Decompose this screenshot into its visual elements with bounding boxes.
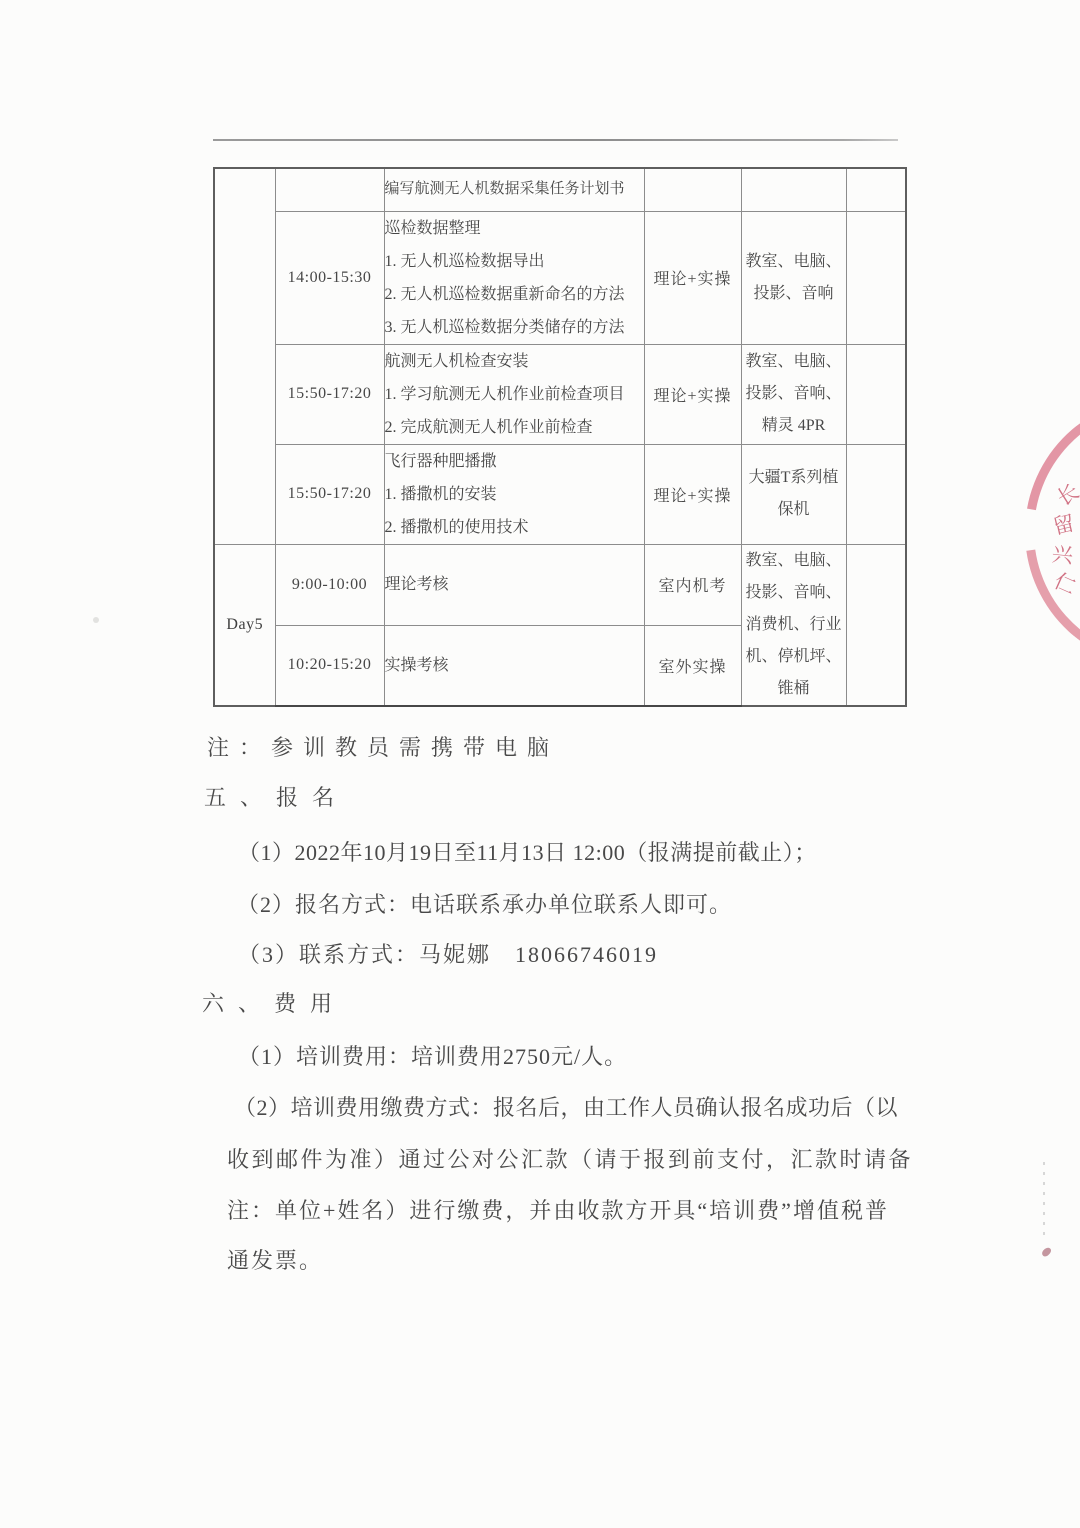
content-title: 实操考核 (385, 649, 644, 682)
equipment-cell: 教室、电脑、投影、音响、消费机、行业机、停机坪、锥桶 (741, 544, 846, 706)
seal-character: 长 (1051, 476, 1080, 513)
content-item: 3. 无人机巡检数据分类储存的方法 (385, 311, 644, 344)
extra-cell (846, 211, 906, 344)
table-row: 编写航测无人机数据采集任务计划书 (214, 168, 906, 211)
content-title: 飞行器种肥播撒 (385, 445, 644, 478)
content-title: 理论考核 (385, 568, 644, 601)
day-cell-day5: Day5 (214, 544, 275, 706)
time-cell: 15:50-17:20 (275, 344, 384, 444)
content-cell: 巡检数据整理 1. 无人机巡检数据导出 2. 无人机巡检数据重新命名的方法 3.… (384, 211, 644, 344)
scan-artifact-dotted-line (1043, 1162, 1045, 1236)
content-item: 1. 无人机巡检数据导出 (385, 245, 644, 278)
content-title: 航测无人机检查安装 (385, 345, 644, 378)
content-item: 1. 播撒机的安装 (385, 478, 644, 511)
section6-item-2-line-4: 通发票。 (227, 1246, 323, 1276)
content-title: 巡检数据整理 (385, 212, 644, 245)
content-cell: 实操考核 (384, 626, 644, 706)
extra-cell (846, 444, 906, 544)
time-cell: 15:50-17:20 (275, 444, 384, 544)
time-cell: 14:00-15:30 (275, 211, 384, 344)
type-cell: 理论+实操 (644, 444, 741, 544)
content-item: 2. 无人机巡检数据重新命名的方法 (385, 278, 644, 311)
table-row: Day5 9:00-10:00 理论考核 室内机考 教室、电脑、投影、音响、消费… (214, 544, 906, 626)
extra-cell (846, 168, 906, 211)
section6-heading: 六、费用 (202, 989, 346, 1019)
table-row: 14:00-15:30 巡检数据整理 1. 无人机巡检数据导出 2. 无人机巡检… (214, 211, 906, 344)
time-cell (275, 168, 384, 211)
time-cell: 10:20-15:20 (275, 626, 384, 706)
table-row: 15:50-17:20 飞行器种肥播撒 1. 播撒机的安装 2. 播撒机的使用技… (214, 444, 906, 544)
seal-character: 留 (1050, 507, 1077, 541)
scan-artifact-red-speck (1041, 1246, 1053, 1258)
equipment-cell: 教室、电脑、投影、音响、精灵 4PR (741, 344, 846, 444)
section5-item-1: （1）2022年10月19日至11月13日 12:00（报满提前截止）； (238, 838, 817, 868)
section5-item-2: （2）报名方式：电话联系承办单位联系人即可。 (237, 890, 732, 920)
seal-character: 兴 (1050, 538, 1074, 570)
seal-arc-icon (972, 344, 1080, 720)
table-continuation-rule (213, 139, 898, 141)
scan-artifact-speck (93, 617, 99, 623)
equipment-cell: 教室、电脑、投影、音响 (741, 211, 846, 344)
table-row: 15:50-17:20 航测无人机检查安装 1. 学习航测无人机作业前检查项目 … (214, 344, 906, 444)
training-schedule-table: 编写航测无人机数据采集任务计划书 14:00-15:30 巡检数据整理 1. 无… (213, 167, 907, 707)
section6-item-2-line-1: （2）培训费用缴费方式：报名后，由工作人员确认报名成功后（以 (234, 1093, 898, 1123)
type-cell: 室内机考 (644, 544, 741, 626)
day-cell-empty (214, 168, 275, 544)
extra-cell (846, 544, 906, 706)
content-cell: 航测无人机检查安装 1. 学习航测无人机作业前检查项目 2. 完成航测无人机作业… (384, 344, 644, 444)
content-item: 2. 播撒机的使用技术 (385, 511, 644, 544)
section6-item-2-line-2: 收到邮件为准）通过公对公汇款（请于报到前支付，汇款时请备 (227, 1145, 913, 1175)
note-line: 注：参训教员需携带电脑 (207, 733, 559, 763)
section6-item-2-line-3: 注：单位+姓名）进行缴费，并由收款方开具“培训费”增值税普 (227, 1196, 889, 1226)
seal-character: 仁 (1050, 565, 1080, 601)
section5-item-3: （3）联系方式：马妮娜 18066746019 (238, 940, 658, 970)
seal-arc-icon (971, 343, 1080, 721)
equipment-cell: 大疆T系列植保机 (741, 444, 846, 544)
content-cell: 编写航测无人机数据采集任务计划书 (384, 168, 644, 211)
time-cell: 9:00-10:00 (275, 544, 384, 626)
content-title: 编写航测无人机数据采集任务计划书 (385, 173, 644, 206)
type-cell: 理论+实操 (644, 211, 741, 344)
content-item: 1. 学习航测无人机作业前检查项目 (385, 378, 644, 411)
type-cell: 理论+实操 (644, 344, 741, 444)
extra-cell (846, 344, 906, 444)
document-page: 编写航测无人机数据采集任务计划书 14:00-15:30 巡检数据整理 1. 无… (0, 0, 1080, 1528)
section6-item-1: （1）培训费用：培训费用2750元/人。 (238, 1042, 627, 1072)
equipment-cell (741, 168, 846, 211)
content-item: 2. 完成航测无人机作业前检查 (385, 411, 644, 444)
red-seal-stamp: 长 留 兴 仁 (1025, 397, 1080, 667)
content-cell: 飞行器种肥播撒 1. 播撒机的安装 2. 播撒机的使用技术 (384, 444, 644, 544)
type-cell (644, 168, 741, 211)
type-cell: 室外实操 (644, 626, 741, 706)
section5-heading: 五、报名 (204, 783, 348, 813)
content-cell: 理论考核 (384, 544, 644, 626)
